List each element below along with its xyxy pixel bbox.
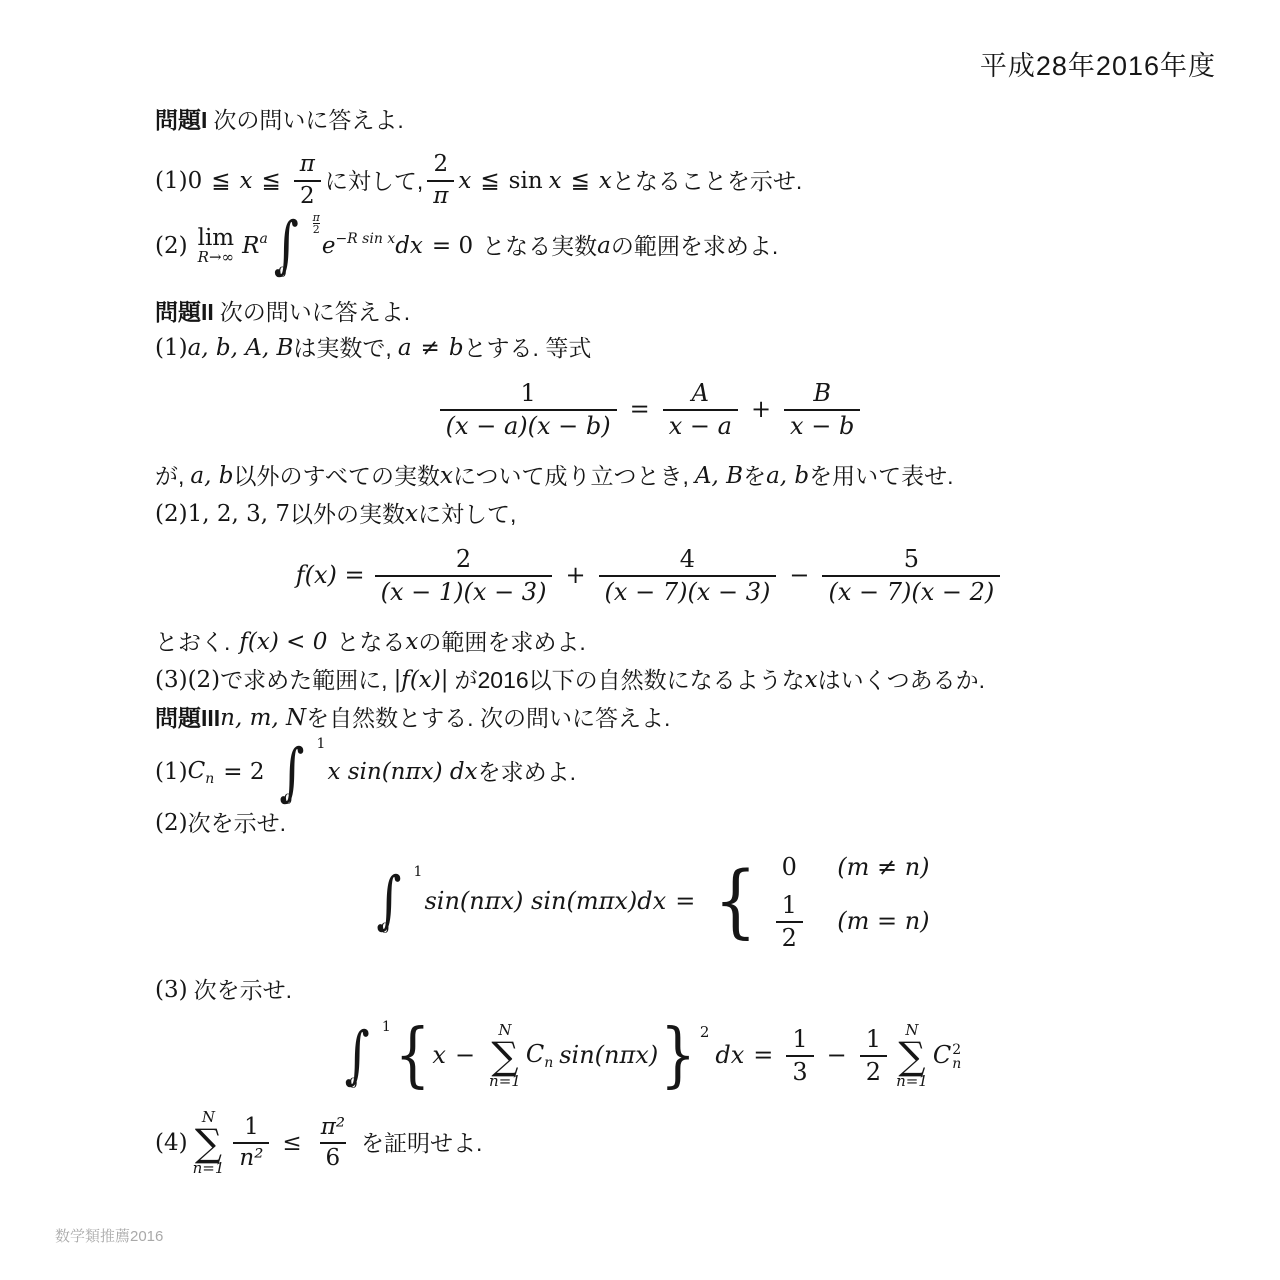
- math-fraction: 1 2: [776, 892, 803, 952]
- dx-term: dx: [715, 1039, 744, 1073]
- problem2-heading: 問題II 次の問いに答えよ.: [155, 296, 1145, 328]
- jp-text: の範囲を求めよ.: [611, 230, 778, 262]
- var-x: x: [240, 165, 253, 197]
- math-fraction: 5 (x − 7)(x − 2): [822, 546, 1000, 606]
- leq-symbol: ≦: [261, 165, 280, 197]
- fraction-numerator: π²: [315, 1115, 351, 1143]
- math-fraction: 1 2: [860, 1026, 887, 1086]
- integral-upper-limit: π 2: [313, 208, 320, 236]
- case-value: 1 2: [771, 892, 807, 952]
- minus-symbol: −: [827, 1039, 847, 1073]
- problem2-q2-continuation: とおく. f(x) < 0 となる x の範囲を求めよ.: [155, 626, 1145, 658]
- sine-term: sin(nπx): [559, 1039, 658, 1073]
- exponent: −R sin x: [335, 231, 395, 247]
- cases-block: { 0 (m ≠ n) 1 2 (m = n): [710, 851, 929, 952]
- right-curly-brace: }: [660, 1021, 696, 1091]
- cases-rows: 0 (m ≠ n) 1 2 (m = n): [771, 851, 929, 952]
- math-fraction: π 2: [294, 152, 321, 210]
- sum-sign: ∑: [195, 1125, 222, 1161]
- var-R: R: [242, 233, 259, 259]
- integral-upper-limit: 1: [317, 735, 326, 755]
- page-footer: 数学類推薦2016: [55, 1225, 163, 1246]
- variable-list: n, m, N: [220, 702, 306, 734]
- problem3-q1: (1) Cn = 2 ∫ 1 0 x sin(nπx) dx を求めよ.: [155, 739, 1145, 807]
- summation-block: N ∑ n=1: [896, 1023, 928, 1089]
- R-power-a: Ra: [242, 230, 268, 262]
- jp-text: 以外のすべての実数: [233, 460, 440, 492]
- var-x: x: [405, 498, 418, 530]
- fraction-denominator: 6: [320, 1142, 347, 1172]
- math-fraction: 4 (x − 7)(x − 3): [599, 546, 777, 606]
- integral-upper-limit: 1: [382, 1018, 391, 1038]
- question-number: (1): [155, 332, 188, 364]
- integral-lower-limit: 0: [349, 1075, 358, 1095]
- fraction-denominator: (x − a)(x − b): [440, 409, 617, 440]
- exponent-a: a: [259, 231, 267, 247]
- integral-upper-limit: 1: [414, 863, 423, 883]
- leq-symbol: ≤: [282, 1127, 301, 1159]
- var-C: C: [526, 1040, 544, 1068]
- variable-list: a, b, A, B: [188, 332, 294, 364]
- fraction-numerator: A: [686, 380, 715, 409]
- fraction-denominator: x − b: [784, 409, 860, 440]
- problem1-q2: (2) lim R→∞ Ra ∫ π 2 0 e−R sin x: [155, 212, 1145, 280]
- fraction-numerator: 4: [674, 546, 701, 575]
- var-ab: a, b: [190, 460, 233, 492]
- fraction-numerator: π: [294, 152, 321, 180]
- problem1-q1: (1)0 ≦ x ≦ π 2 に対して, 2 π x ≦ sin x ≦ x と…: [155, 152, 1145, 210]
- jp-text: について成り立つとき,: [453, 460, 689, 492]
- question-number: (1): [155, 756, 188, 788]
- problem2-q3: (3)(2) で求めた範囲に, |f(x)| が2016以下の自然数になるような…: [155, 664, 1145, 696]
- jp-text: が,: [155, 460, 184, 492]
- exam-content: 問題I 次の問いに答えよ. (1)0 ≦ x ≦ π 2 に対して, 2 π x…: [155, 104, 1145, 1176]
- integrand: sin(nπx) sin(mπx)dx: [424, 885, 666, 919]
- math-fraction: 1 (x − a)(x − b): [440, 380, 617, 440]
- jp-text: を求めよ.: [478, 756, 576, 788]
- case-value: 0: [771, 851, 807, 885]
- integral-block: ∫ π 2 0: [272, 212, 318, 280]
- page-header: 平成28年2016年度: [980, 44, 1216, 83]
- fraction-denominator: x − a: [663, 409, 738, 440]
- jp-text: 次を示せ.: [194, 974, 292, 1006]
- jp-text: 以外の実数: [290, 498, 405, 530]
- fraction-numerator: 1: [515, 380, 542, 409]
- problem1-label: 問題I: [155, 104, 207, 136]
- C-sub-n: Cn: [188, 755, 215, 790]
- fx-equals: f(x) =: [296, 559, 365, 593]
- fraction-numerator: 1: [776, 892, 803, 921]
- integral-lower-limit: 0: [283, 791, 292, 811]
- question-number: (4): [155, 1127, 188, 1159]
- integral-block: ∫ 1 0: [277, 739, 323, 807]
- var-x: x: [549, 165, 562, 197]
- fraction-denominator: 2: [860, 1055, 887, 1086]
- fx-condition: f(x) < 0: [239, 626, 327, 658]
- plus-symbol: +: [751, 393, 771, 427]
- fraction-numerator: 2: [428, 152, 455, 180]
- var-e: e: [322, 233, 336, 259]
- limit-word: lim: [198, 226, 235, 250]
- problem3-instruction: を自然数とする. 次の問いに答えよ.: [306, 702, 670, 734]
- C-n-squared: C2n: [933, 1039, 961, 1074]
- var-x: x: [440, 460, 453, 492]
- minus-symbol: −: [455, 1039, 475, 1073]
- summation-block: N ∑ n=1: [193, 1110, 225, 1176]
- cases-brace: {: [714, 865, 757, 937]
- jp-text: に対して,: [418, 498, 516, 530]
- math-fraction: 2 (x − 1)(x − 3): [375, 546, 553, 606]
- var-a: a: [597, 230, 611, 262]
- var-b: b: [449, 332, 464, 364]
- equals-symbol: =: [753, 1039, 773, 1073]
- var-a: a: [398, 332, 412, 364]
- equals-zero: = 0: [432, 230, 473, 262]
- abs-fx: |f(x)|: [394, 664, 449, 696]
- sum-lower-limit: n=1: [896, 1074, 928, 1089]
- problem3-q4: (4) N ∑ n=1 1 n² ≤ π² 6 を証明せよ.: [155, 1110, 1145, 1176]
- problem3-q2: (2) 次を示せ.: [155, 807, 1145, 839]
- problem2-label: 問題II: [155, 296, 214, 328]
- fraction-numerator: 5: [898, 546, 925, 575]
- left-curly-brace: {: [395, 1021, 431, 1091]
- jp-text: 次を示せ.: [188, 807, 286, 839]
- square-exponent: 2: [700, 1022, 710, 1043]
- subscript-n: n: [544, 1055, 553, 1071]
- subscript-n: n: [952, 1057, 961, 1072]
- fraction-denominator: n²: [233, 1142, 269, 1172]
- fraction-denominator: (x − 7)(x − 2): [822, 575, 1000, 606]
- fraction-numerator: π: [313, 212, 320, 224]
- equals-symbol: =: [630, 393, 650, 427]
- var-C: C: [188, 758, 206, 784]
- case-condition: (m ≠ n): [837, 851, 929, 885]
- integrand: x sin(nπx) dx: [327, 756, 477, 788]
- question-number: (3)(2): [155, 664, 220, 696]
- fraction-denominator: (x − 7)(x − 3): [599, 575, 777, 606]
- leq-symbol: ≦: [211, 165, 230, 197]
- exam-page: 平成28年2016年度 問題I 次の問いに答えよ. (1)0 ≦ x ≦ π 2…: [0, 0, 1280, 1280]
- fraction-numerator: 1: [238, 1115, 265, 1143]
- question-number: (3): [155, 974, 188, 1006]
- problem3-q3: (3) 次を示せ.: [155, 974, 1145, 1006]
- integral-lower-limit: 0: [380, 920, 389, 940]
- problem3-heading: 問題III n, m, N を自然数とする. 次の問いに答えよ.: [155, 702, 1145, 734]
- problem1-instruction: 次の問いに答えよ.: [213, 104, 403, 136]
- integral-lower-limit: 0: [278, 264, 287, 284]
- jp-text: に対して,: [325, 165, 423, 197]
- parseval-equation: ∫ 1 0 { x − N ∑ n=1 Cn sin(nπx) } 2 dx =…: [155, 1022, 1145, 1090]
- jp-text: を証明せよ.: [361, 1127, 482, 1159]
- math-fraction: B x − b: [784, 380, 860, 440]
- equals-two: = 2: [223, 756, 264, 788]
- fraction-denominator: (x − 1)(x − 3): [375, 575, 553, 606]
- var-x: x: [805, 664, 818, 696]
- var-AB: A, B: [695, 460, 743, 492]
- sup-sub-stack: 2n: [952, 1043, 961, 1072]
- C-sub-n: Cn: [526, 1038, 553, 1074]
- dx-term: dx: [395, 230, 423, 262]
- fraction-numerator: 1: [786, 1026, 813, 1055]
- math-fraction: π² 6: [315, 1115, 351, 1173]
- leq-symbol: ≦: [480, 165, 499, 197]
- integral-block: ∫ 1 0: [343, 1022, 389, 1090]
- jp-text: とおく.: [155, 626, 230, 658]
- jp-text: が2016以下の自然数になるような: [455, 664, 805, 696]
- var-x: x: [432, 1039, 446, 1073]
- math-fraction: 1 n²: [233, 1115, 269, 1173]
- partial-fraction-equation: 1 (x − a)(x − b) = A x − a + B x − b: [155, 380, 1145, 440]
- math-fraction: 2 π: [427, 152, 454, 210]
- leq-symbol: ≦: [571, 165, 590, 197]
- minus-symbol: −: [789, 559, 809, 593]
- fraction-numerator: 2: [450, 546, 477, 575]
- orthogonality-equation: ∫ 1 0 sin(nπx) sin(mπx)dx = { 0 (m ≠ n): [155, 851, 1145, 952]
- question-number: (2)1, 2, 3, 7: [155, 498, 290, 530]
- exponent-two: 2: [952, 1043, 961, 1058]
- fraction-denominator: π: [427, 180, 454, 210]
- jp-text: を用いて表せ.: [809, 460, 953, 492]
- jp-text: を: [743, 460, 766, 492]
- math-fraction: A x − a: [663, 380, 738, 440]
- case-row: 0 (m ≠ n): [771, 851, 929, 885]
- neq-symbol: ≠: [421, 332, 440, 364]
- fx-definition-equation: f(x) = 2 (x − 1)(x − 3) + 4 (x − 7)(x − …: [155, 546, 1145, 606]
- summation-block: N ∑ n=1: [489, 1023, 521, 1089]
- sum-sign: ∑: [491, 1038, 518, 1074]
- case-condition: (m = n): [837, 905, 929, 939]
- jp-text: となる: [336, 626, 405, 658]
- subscript-n: n: [205, 771, 214, 787]
- problem3-label: 問題III: [155, 702, 220, 734]
- limit-subscript: R→∞: [198, 250, 234, 266]
- jp-text: で求めた範囲に,: [220, 664, 387, 696]
- jp-text: の範囲を求めよ.: [418, 626, 585, 658]
- fraction-denominator: 2: [776, 921, 803, 952]
- var-C: C: [933, 1041, 951, 1069]
- e-power-term: e−R sin x: [322, 230, 395, 262]
- var-x: x: [599, 165, 612, 197]
- sin-function: sin: [509, 165, 543, 197]
- sum-sign: ∑: [898, 1038, 925, 1074]
- equals-symbol: =: [675, 885, 695, 919]
- fraction-denominator: 2: [313, 223, 320, 236]
- mini-fraction: π 2: [313, 212, 320, 236]
- sum-lower-limit: n=1: [489, 1074, 521, 1089]
- sum-lower-limit: n=1: [193, 1161, 225, 1176]
- header-year: 平成28年2016年度: [980, 51, 1216, 81]
- jp-text: は実数で,: [293, 332, 391, 364]
- jp-text: となることを示せ.: [612, 165, 802, 197]
- question-number: (2): [155, 230, 188, 262]
- limit-block: lim R→∞: [198, 226, 235, 266]
- question-number: (2): [155, 807, 188, 839]
- case-row: 1 2 (m = n): [771, 892, 929, 952]
- jp-text: はいくつあるか.: [818, 664, 985, 696]
- question-number: (1)0: [155, 165, 202, 197]
- math-fraction: 1 3: [786, 1026, 813, 1086]
- var-ab: a, b: [766, 460, 809, 492]
- problem2-q1-continuation: が, a, b 以外のすべての実数 x について成り立つとき, A, B を a…: [155, 460, 1145, 492]
- fraction-denominator: 3: [786, 1055, 813, 1086]
- problem2-q1: (1) a, b, A, B は実数で, a ≠ b とする. 等式: [155, 332, 1145, 364]
- jp-text: となる実数: [482, 230, 597, 262]
- var-x: x: [458, 165, 471, 197]
- fraction-numerator: B: [807, 380, 837, 409]
- footer-label: 数学類推薦2016: [55, 1228, 163, 1245]
- problem1-heading: 問題I 次の問いに答えよ.: [155, 104, 1145, 136]
- problem2-q2: (2)1, 2, 3, 7 以外の実数 x に対して,: [155, 498, 1145, 530]
- fraction-denominator: 2: [294, 180, 321, 210]
- integral-block: ∫ 1 0: [374, 867, 420, 935]
- plus-symbol: +: [565, 559, 585, 593]
- problem2-instruction: 次の問いに答えよ.: [220, 296, 410, 328]
- fraction-numerator: 1: [860, 1026, 887, 1055]
- jp-text: とする. 等式: [464, 332, 592, 364]
- var-x: x: [405, 626, 418, 658]
